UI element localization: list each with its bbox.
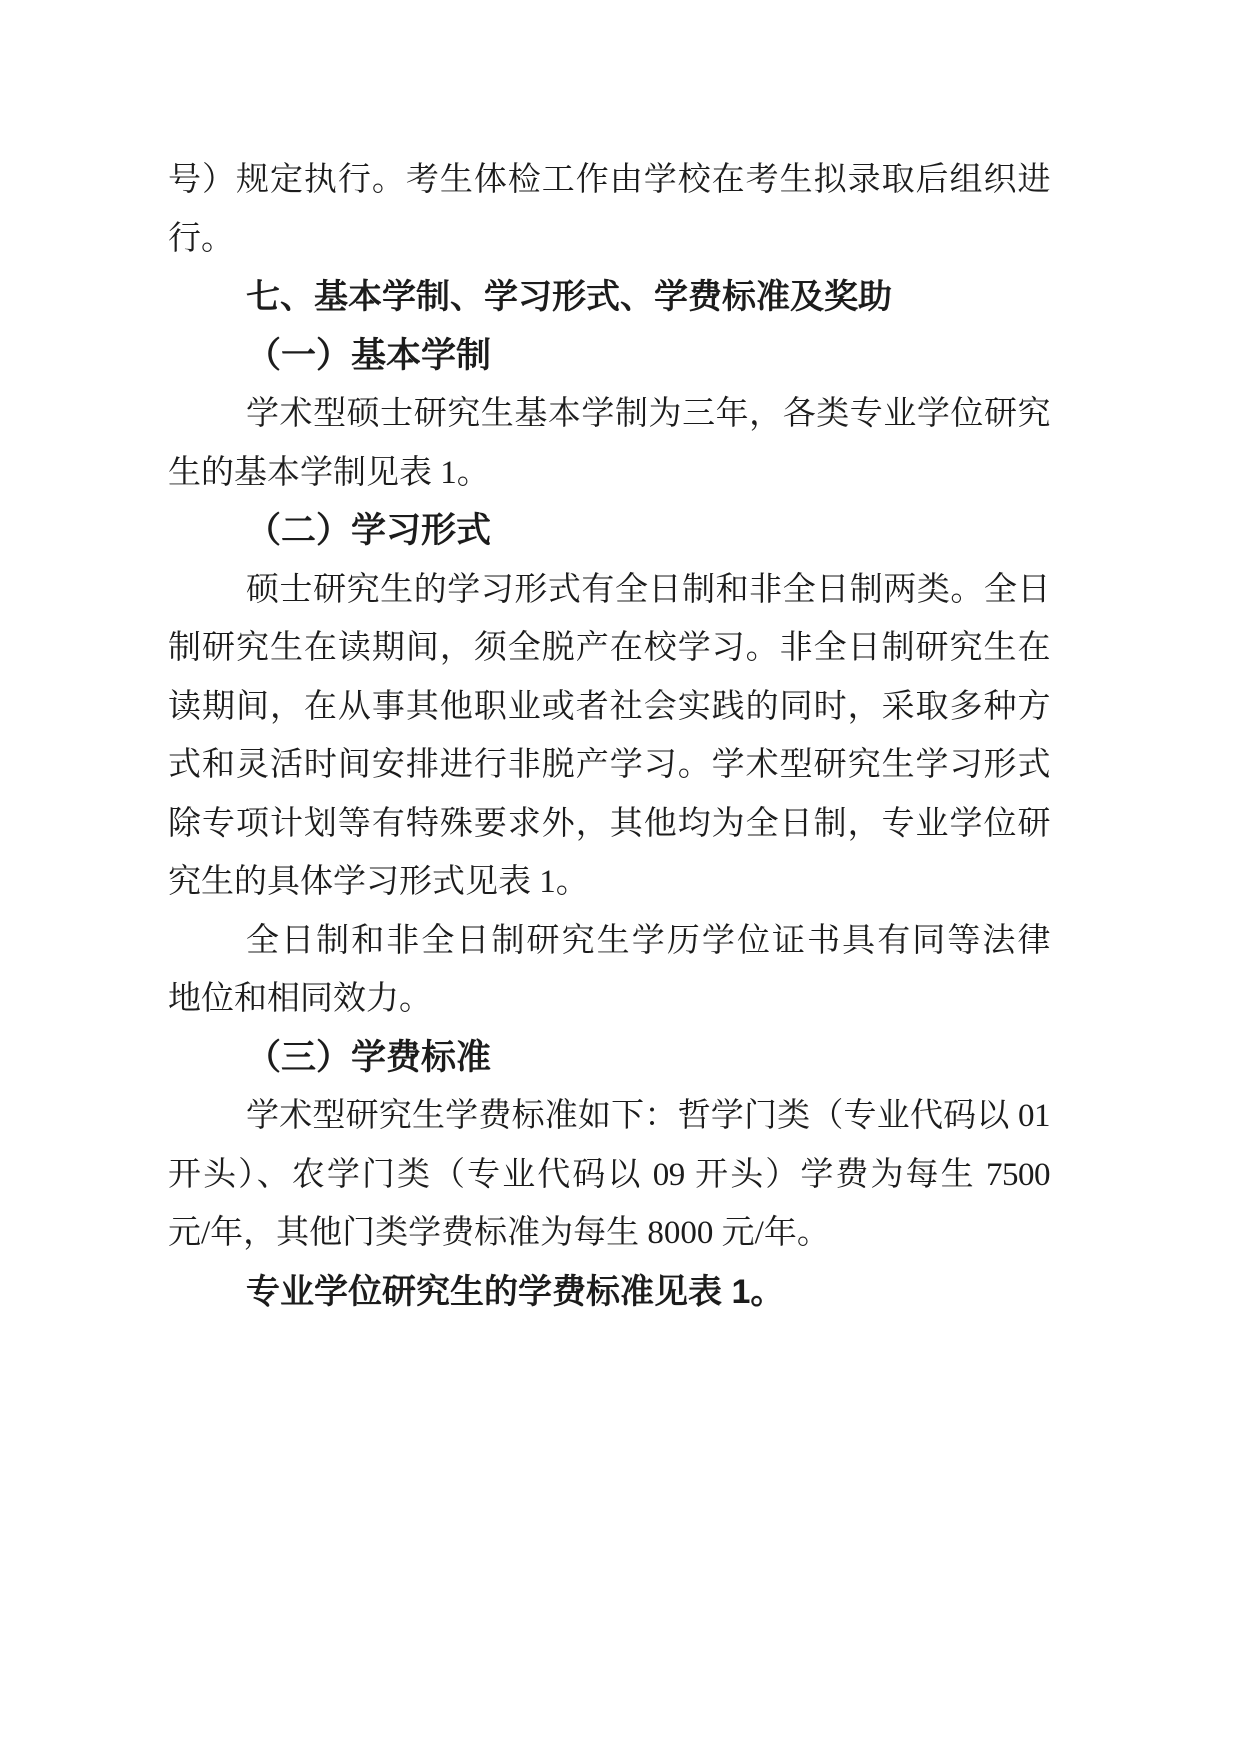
body-line: 行。 (168, 210, 1050, 269)
emphasis-line: 专业学位研究生的学费标准见表 1。 (168, 1263, 1050, 1322)
body-line: 读期间，在从事其他职业或者社会实践的同时，采取多种方 (168, 678, 1050, 737)
body-line: 除专项计划等有特殊要求外，其他均为全日制，专业学位研 (168, 795, 1050, 854)
body-line: 开头）、农学门类（专业代码以 09 开头）学费为每生 7500 (168, 1146, 1050, 1205)
subsection-heading: （三）学费标准 (168, 1029, 1050, 1088)
text-block: 号）规定执行。考生体检工作由学校在考生拟录取后组织进 行。 七、基本学制、学习形… (168, 151, 1050, 1321)
body-line: 学术型硕士研究生基本学制为三年，各类专业学位研究 (168, 385, 1050, 444)
body-line: 号）规定执行。考生体检工作由学校在考生拟录取后组织进 (168, 151, 1050, 210)
body-line: 式和灵活时间安排进行非脱产学习。学术型研究生学习形式 (168, 736, 1050, 795)
body-line: 究生的具体学习形式见表 1。 (168, 853, 1050, 912)
body-line: 制研究生在读期间，须全脱产在校学习。非全日制研究生在 (168, 619, 1050, 678)
body-line: 生的基本学制见表 1。 (168, 444, 1050, 503)
subsection-heading: （二）学习形式 (168, 502, 1050, 561)
section-heading: 七、基本学制、学习形式、学费标准及奖助 (168, 268, 1050, 327)
subsection-heading: （一）基本学制 (168, 327, 1050, 386)
body-line: 学术型研究生学费标准如下：哲学门类（专业代码以 01 (168, 1087, 1050, 1146)
body-line: 硕士研究生的学习形式有全日制和非全日制两类。全日 (168, 561, 1050, 620)
body-line: 全日制和非全日制研究生学历学位证书具有同等法律 (168, 912, 1050, 971)
body-line: 地位和相同效力。 (168, 970, 1050, 1029)
body-line: 元/年，其他门类学费标准为每生 8000 元/年。 (168, 1204, 1050, 1263)
document-page: 号）规定执行。考生体检工作由学校在考生拟录取后组织进 行。 七、基本学制、学习形… (0, 0, 1240, 1753)
